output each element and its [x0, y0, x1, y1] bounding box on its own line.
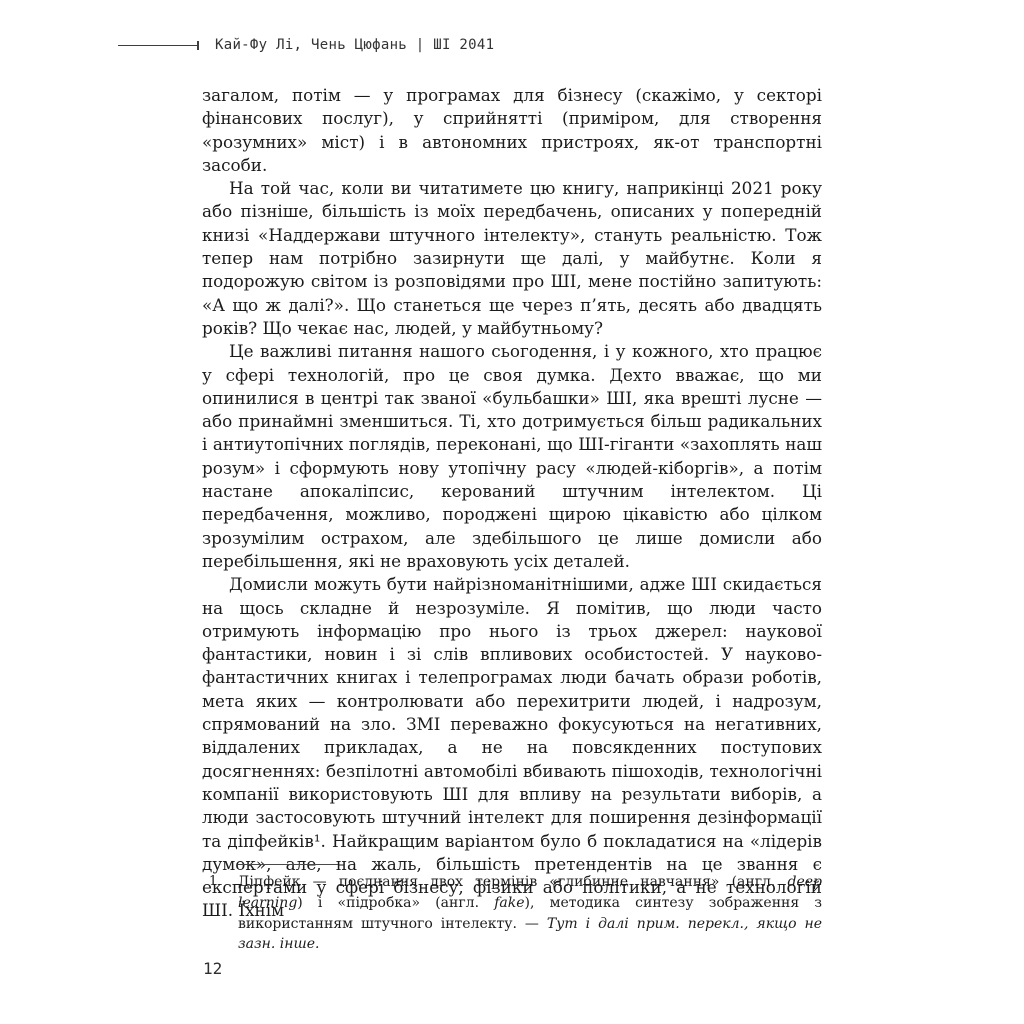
running-header: Кай-Фу Лі, Чень Цюфань | ШІ 2041	[118, 36, 494, 54]
header-rule-icon	[118, 40, 199, 51]
page-number: 12	[203, 959, 222, 978]
footnote-segment: Діпфейк — поєднання двох термінів «глиби…	[238, 874, 788, 890]
footnote: 1 Діпфейк — поєднання двох термінів «гли…	[202, 864, 822, 955]
body-paragraph: На той час, коли ви читатимете цю книгу,…	[202, 177, 822, 340]
footnote-row: 1 Діпфейк — поєднання двох термінів «гли…	[202, 872, 822, 955]
running-header-title: Кай-Фу Лі, Чень Цюфань | ШІ 2041	[215, 37, 494, 53]
book-page: Кай-Фу Лі, Чень Цюфань | ШІ 2041 загалом…	[0, 0, 1024, 1024]
footnote-segment-italic: fake	[494, 895, 524, 911]
body-paragraph: загалом, потім — у програмах для бізнесу…	[202, 84, 822, 177]
footnote-marker: 1	[202, 872, 238, 955]
body-paragraph: Це важливі питання нашого сьогодення, і …	[202, 340, 822, 573]
footnote-text: Діпфейк — поєднання двох термінів «глиби…	[238, 872, 822, 955]
footnote-segment: ) і «підробка» (англ.	[297, 895, 494, 911]
footnote-rule	[238, 864, 338, 865]
page-body-text: загалом, потім — у програмах для бізнесу…	[202, 84, 822, 923]
